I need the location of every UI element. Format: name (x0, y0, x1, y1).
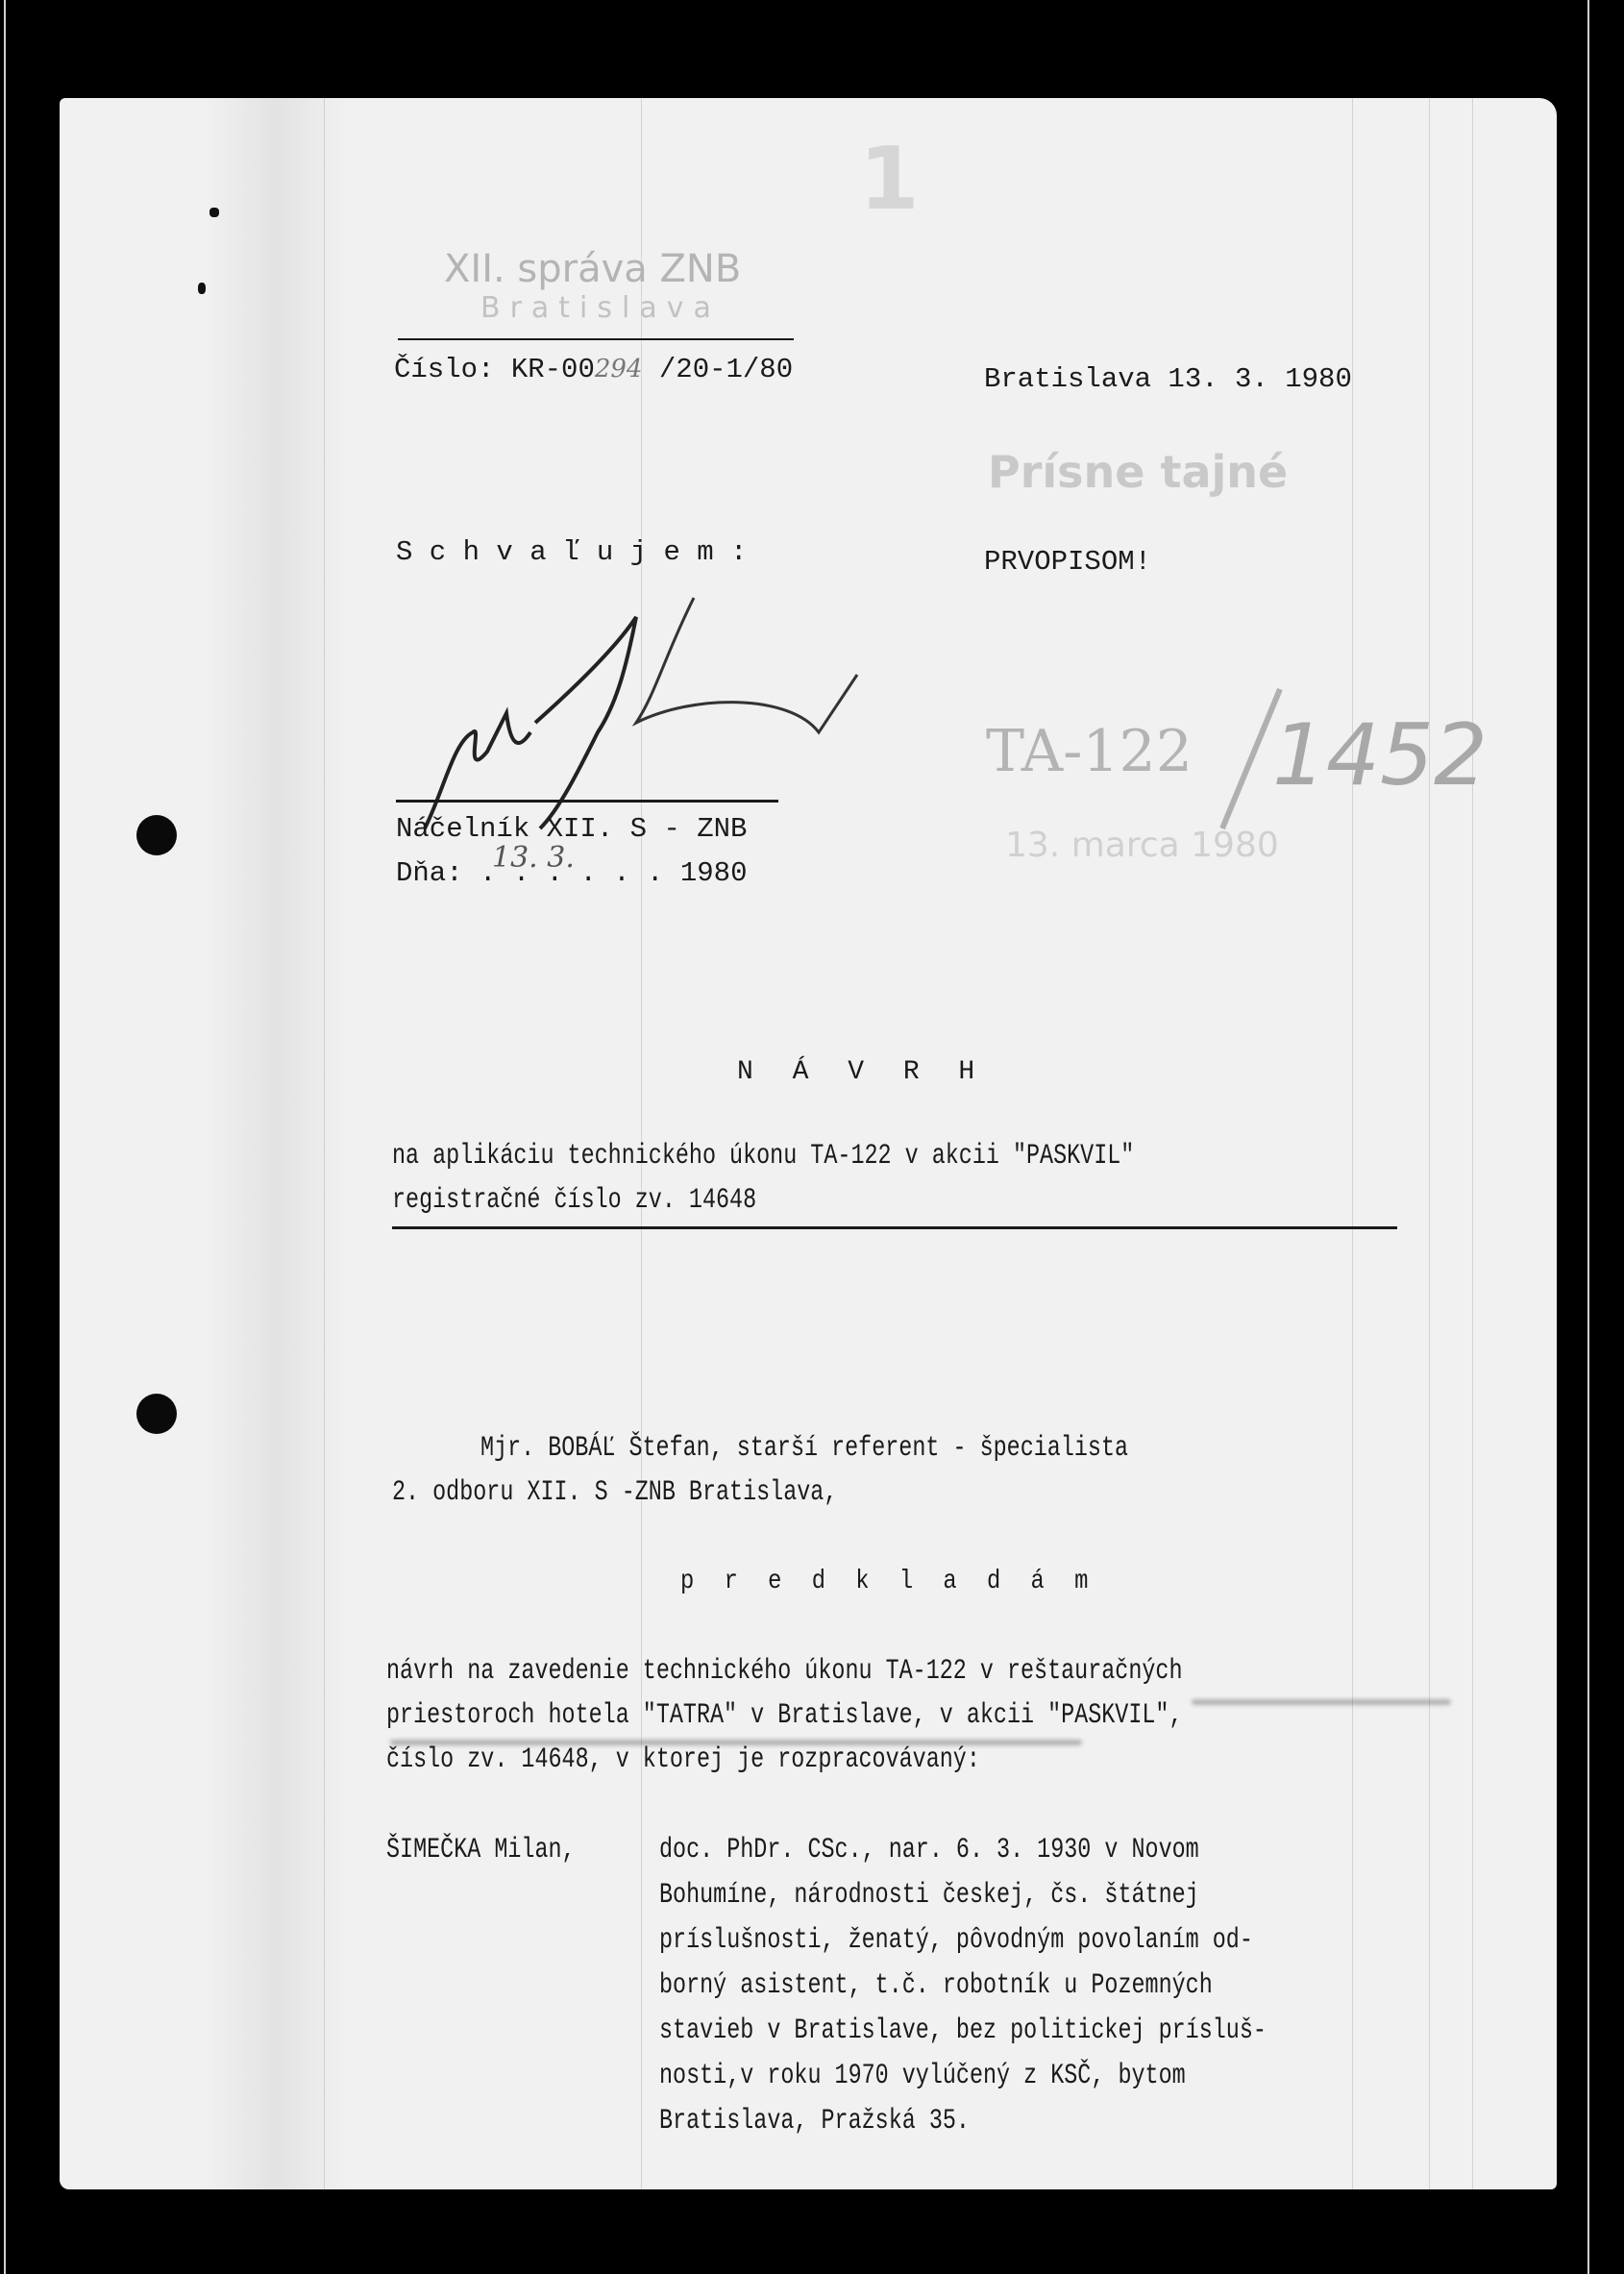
intro-line2: 2. odboru XII. S -ZNB Bratislava, (392, 1478, 837, 1507)
film-edge-left (4, 0, 6, 2274)
subject-detail-line: príslušnosti, ženatý, pôvodným povolaním… (659, 1926, 1253, 1955)
proposal-line3: číslo zv. 14648, v ktorej je rozpracováv… (386, 1745, 980, 1774)
approval-label: S c h v a ľ u j e m : (396, 538, 747, 566)
punch-hole-icon (136, 1394, 177, 1434)
date-label: Dňa: (396, 857, 463, 889)
page-number-stamp: 1 (859, 136, 920, 223)
subject-detail-line: stavieb v Bratislave, bez politickej prí… (659, 2016, 1267, 2045)
speck-mark (209, 208, 219, 217)
scan-line (1429, 98, 1430, 2189)
reference-prefix: KR-00 (511, 354, 595, 385)
ta-code-stamp: TA-122 (986, 723, 1193, 780)
film-edge-right (1587, 0, 1589, 2274)
signature-rule (396, 800, 778, 803)
place-date: Bratislava 13. 3. 1980 (984, 365, 1352, 393)
reference-label: Číslo: (394, 354, 494, 385)
scan-line (1352, 98, 1353, 2189)
proposal-line2: priestoroch hotela "TATRA" v Bratislave,… (386, 1701, 1183, 1730)
document-subtitle-line2: registračné číslo zv. 14648 (392, 1186, 756, 1215)
ta-number-handwritten: 1452 (1272, 713, 1488, 798)
reference-handwritten: 294 (595, 355, 643, 383)
copy-note: PRVOPISOM! (984, 548, 1151, 576)
verb-predkladam: p r e d k l a d á m (680, 1569, 1096, 1595)
office-stamp-line1: XII. správa ZNB (444, 250, 741, 288)
subject-name: ŠIMEČKA Milan, (386, 1836, 576, 1865)
speck-mark (198, 283, 206, 294)
approval-date-handwritten: 13. 3. (492, 844, 575, 873)
office-stamp-line2: Bratislava (480, 294, 721, 323)
scan-line (324, 98, 325, 2189)
received-date-stamp: 13. marca 1980 (1005, 828, 1279, 863)
subject-detail-line: doc. PhDr. CSc., nar. 6. 3. 1930 v Novom (659, 1836, 1199, 1865)
header-rule (398, 338, 794, 340)
title-rule (392, 1226, 1397, 1229)
classification-stamp: Prísne tajné (988, 450, 1288, 494)
reference-number: Číslo: KR-00294 /20-1/80 (394, 356, 793, 383)
signatory-title: Náčelník XII. S - ZNB (396, 815, 747, 843)
date-year: 1980 (680, 857, 748, 889)
subject-detail-line: Bohumíne, národnosti českej, čs. štátnej (659, 1881, 1199, 1910)
document-heading: N Á V R H (737, 1059, 986, 1086)
reference-suffix: /20-1/80 (659, 354, 793, 385)
document-subtitle-line1: na aplikáciu technického úkonu TA-122 v … (392, 1142, 1134, 1171)
subject-detail-line: nosti,v roku 1970 vylúčený z KSČ, bytom (659, 2062, 1186, 2090)
subject-detail-line: Bratislava, Pražská 35. (659, 2107, 970, 2136)
scan-line (1472, 98, 1473, 2189)
subject-detail-line: borný asistent, t.č. robotník u Pozemnýc… (659, 1971, 1213, 2000)
document-page: 1 XII. správa ZNB Bratislava Číslo: KR-0… (60, 98, 1557, 2189)
punch-hole-icon (136, 815, 177, 855)
underline-mark (1192, 1699, 1451, 1705)
proposal-line1: návrh na zavedenie technického úkonu TA-… (386, 1657, 1183, 1686)
intro-line1: Mjr. BOBÁĽ Štefan, starší referent - špe… (480, 1434, 1128, 1463)
